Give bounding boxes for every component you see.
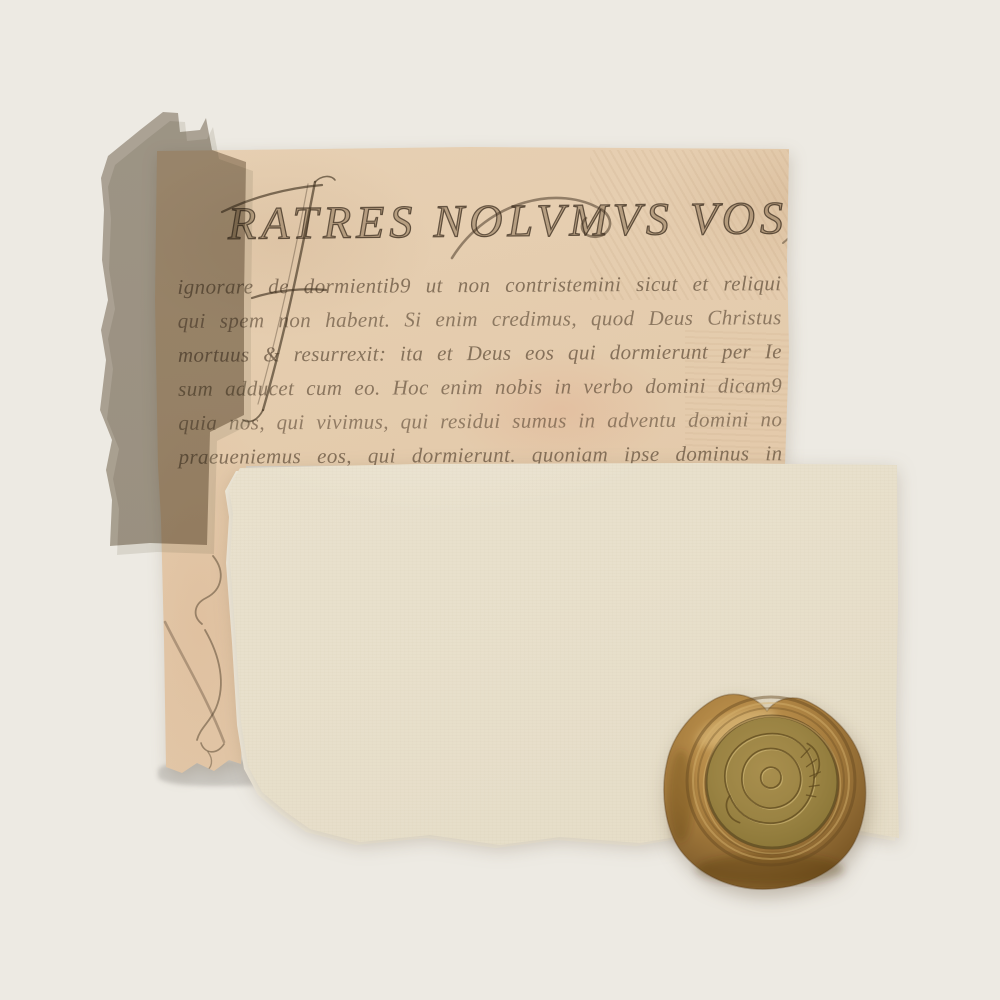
wax-seal xyxy=(658,686,878,896)
paper-collage-scene: RATRES NOLVMVS VOS ignorare de dormienti… xyxy=(0,0,1000,1000)
wax-seal-graphic xyxy=(658,686,878,896)
